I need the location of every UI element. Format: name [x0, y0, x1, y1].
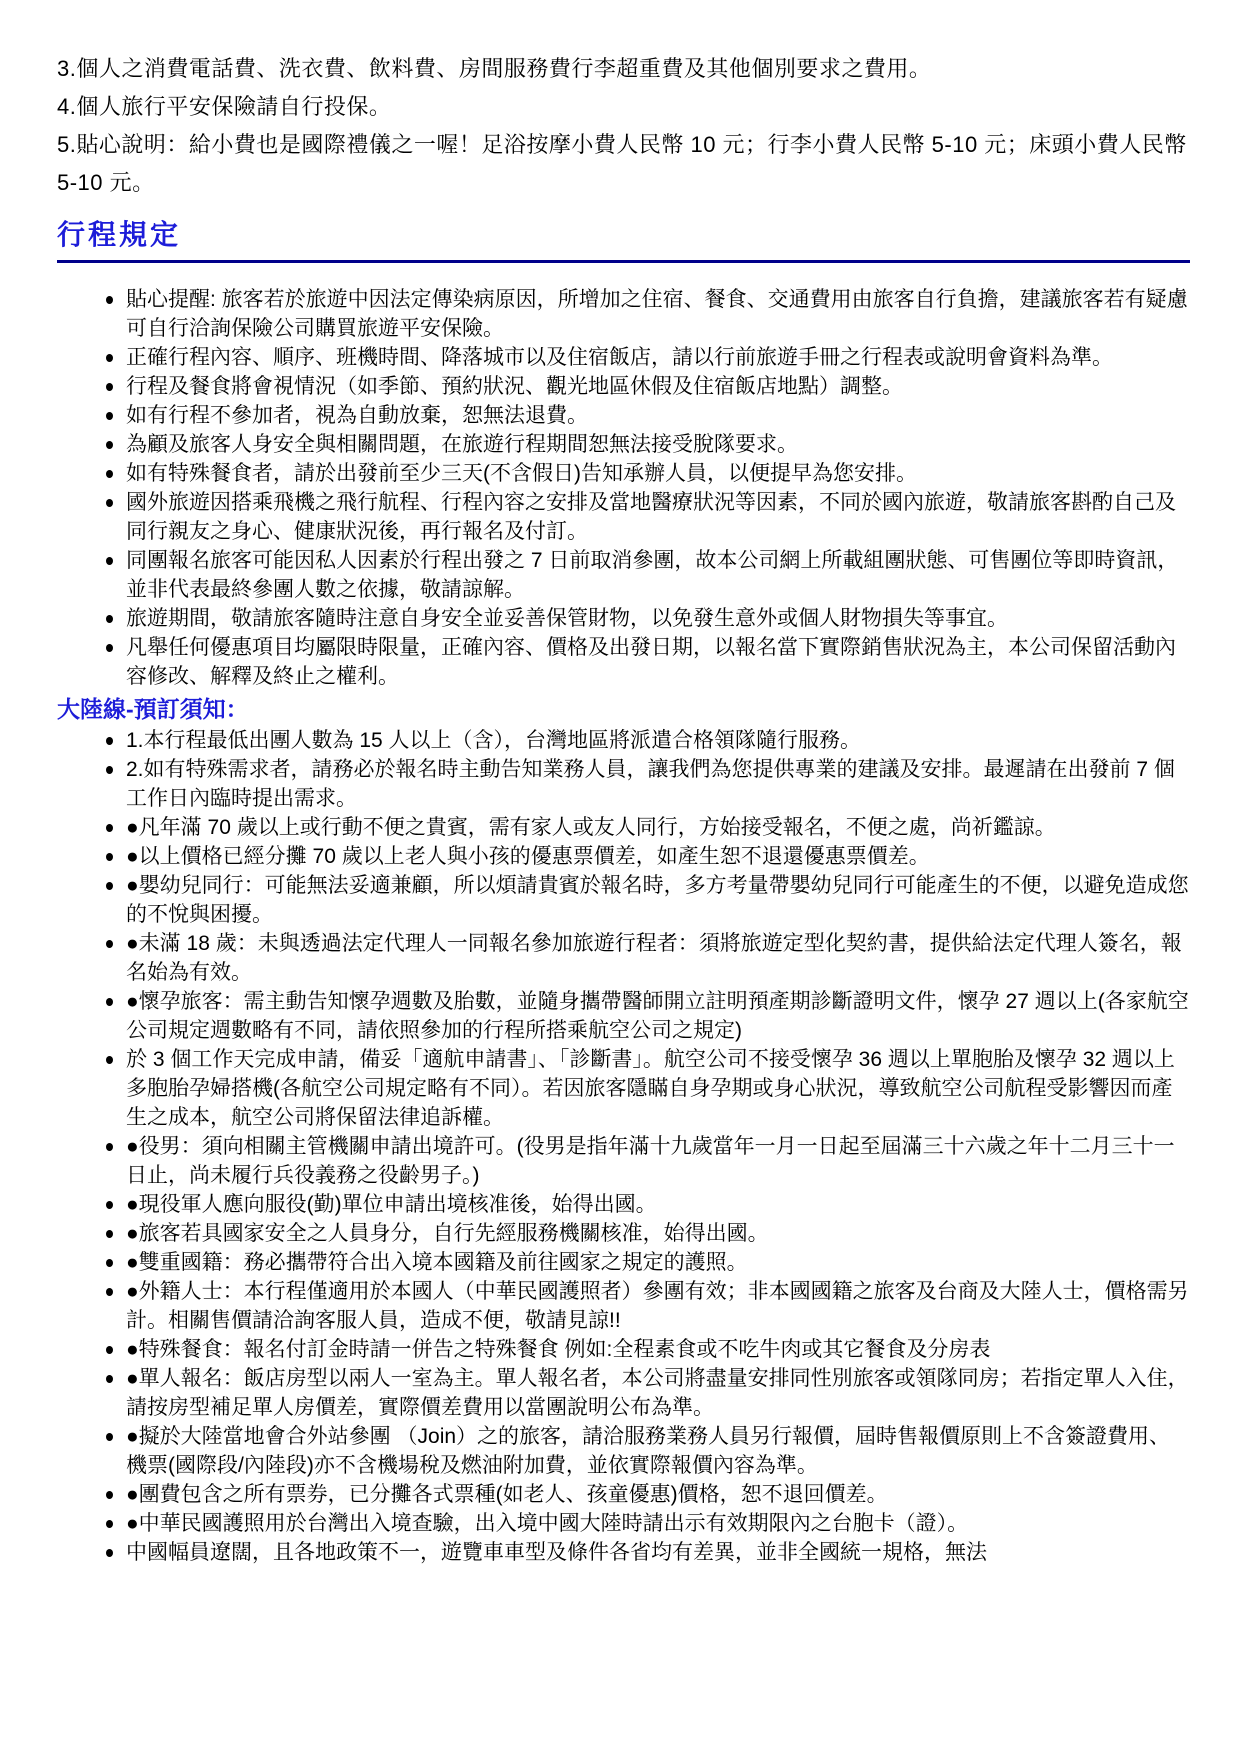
document-page: 3.個人之消費電話費、洗衣費、飲料費、房間服務費行李超重費及其他個別要求之費用。… — [0, 0, 1240, 1755]
list-item: ●單人報名：飯店房型以兩人一室為主。單人報名者，本公司將盡量安排同性別旅客或領隊… — [57, 1364, 1190, 1422]
bullet-icon — [106, 615, 113, 623]
rule-text: 正確行程內容、順序、班機時間、降落城市以及住宿飯店，請以行前旅遊手冊之行程表或說… — [126, 346, 1113, 369]
list-item: ●嬰幼兒同行：可能無法妥適兼顧，所以煩請貴賓於報名時，多方考量帶嬰幼兒同行可能產… — [57, 871, 1190, 929]
bullet-icon — [106, 1549, 113, 1557]
list-item: 旅遊期間，敬請旅客隨時注意自身安全並妥善保管財物，以免發生意外或個人財物損失等事… — [57, 604, 1190, 633]
bullet-icon — [106, 737, 113, 745]
bullet-icon — [106, 882, 113, 890]
bullet-icon — [106, 354, 113, 362]
bullet-icon — [106, 470, 113, 478]
list-item: 如有特殊餐食者，請於出發前至少三天(不含假日)告知承辦人員，以便提早為您安排。 — [57, 459, 1190, 488]
bullet-icon — [106, 1375, 113, 1383]
intro-paragraph: 5.貼心說明：給小費也是國際禮儀之一喔！足浴按摩小費人民幣 10 元；行李小費人… — [57, 126, 1190, 202]
bullet-icon — [106, 853, 113, 861]
notice-text: ●嬰幼兒同行：可能無法妥適兼顧，所以煩請貴賓於報名時，多方考量帶嬰幼兒同行可能產… — [126, 874, 1189, 926]
list-item: 如有行程不參加者，視為自動放棄，恕無法退費。 — [57, 401, 1190, 430]
notice-text: ●特殊餐食：報名付訂金時請一併告之特殊餐食 例如:全程素食或不吃牛肉或其它餐食及… — [126, 1338, 990, 1361]
list-item: 行程及餐食將會視情況（如季節、預約狀況、觀光地區休假及住宿飯店地點）調整。 — [57, 372, 1190, 401]
subsection-title: 大陸線-預訂須知： — [57, 694, 1190, 724]
notice-text: ●役男：須向相關主管機關申請出境許可。(役男是指年滿十九歲當年一月一日起至屆滿三… — [126, 1135, 1175, 1187]
notice-text: ●以上價格已經分攤 70 歲以上老人與小孩的優惠票價差，如產生恕不退還優惠票價差… — [126, 845, 930, 868]
rules-list: 貼心提醒: 旅客若於旅遊中因法定傳染病原因，所增加之住宿、餐食、交通費用由旅客自… — [57, 285, 1190, 691]
list-item: ●特殊餐食：報名付訂金時請一併告之特殊餐食 例如:全程素食或不吃牛肉或其它餐食及… — [57, 1335, 1190, 1364]
list-item: 為顧及旅客人身安全與相關問題，在旅遊行程期間恕無法接受脫隊要求。 — [57, 430, 1190, 459]
notice-text: ●凡年滿 70 歲以上或行動不便之貴賓，需有家人或友人同行，方始接受報名，不便之… — [126, 816, 1056, 839]
notice-text: ●中華民國護照用於台灣出入境查驗，出入境中國大陸時請出示有效期限內之台胞卡（證）… — [126, 1512, 968, 1535]
list-item: 凡舉任何優惠項目均屬限時限量，正確內容、價格及出發日期，以報名當下實際銷售狀況為… — [57, 633, 1190, 691]
list-item: ●未滿 18 歲：未與透過法定代理人一同報名參加旅遊行程者：須將旅遊定型化契約書… — [57, 929, 1190, 987]
bullet-icon — [106, 1288, 113, 1296]
list-item: ●現役軍人應向服役(勤)單位申請出境核准後，始得出國。 — [57, 1190, 1190, 1219]
bullet-icon — [106, 1056, 113, 1064]
notice-text: 於 3 個工作天完成申請，備妥「適航申請書」、「診斷書」。航空公司不接受懷孕 3… — [126, 1048, 1175, 1129]
notice-text: 中國幅員遼闊，且各地政策不一，遊覽車車型及條件各省均有差異，並非全國統一規格，無… — [126, 1541, 987, 1564]
bullet-icon — [106, 1346, 113, 1354]
bullet-icon — [106, 998, 113, 1006]
bullet-icon — [106, 557, 113, 565]
bullet-icon — [106, 1259, 113, 1267]
rule-text: 同團報名旅客可能因私人因素於行程出發之 7 日前取消參團，故本公司網上所載組團狀… — [126, 549, 1178, 601]
list-item: ●懷孕旅客：需主動告知懷孕週數及胎數，並隨身攜帶醫師開立註明預產期診斷證明文件，… — [57, 987, 1190, 1045]
bullet-icon — [106, 441, 113, 449]
list-item: ●役男：須向相關主管機關申請出境許可。(役男是指年滿十九歲當年一月一日起至屆滿三… — [57, 1132, 1190, 1190]
bullet-icon — [106, 383, 113, 391]
bullet-icon — [106, 766, 113, 774]
notice-text: ●現役軍人應向服役(勤)單位申請出境核准後，始得出國。 — [126, 1193, 657, 1216]
list-item: ●以上價格已經分攤 70 歲以上老人與小孩的優惠票價差，如產生恕不退還優惠票價差… — [57, 842, 1190, 871]
rule-text: 凡舉任何優惠項目均屬限時限量，正確內容、價格及出發日期，以報名當下實際銷售狀況為… — [126, 636, 1176, 688]
rule-text: 行程及餐食將會視情況（如季節、預約狀況、觀光地區休假及住宿飯店地點）調整。 — [126, 375, 903, 398]
notice-text: ●雙重國籍：務必攜帶符合出入境本國籍及前往國家之規定的護照。 — [126, 1251, 748, 1274]
notice-text: ●旅客若具國家安全之人員身分，自行先經服務機關核准，始得出國。 — [126, 1222, 769, 1245]
bullet-icon — [106, 1230, 113, 1238]
rule-text: 為顧及旅客人身安全與相關問題，在旅遊行程期間恕無法接受脫隊要求。 — [126, 433, 798, 456]
notice-text: ●擬於大陸當地會合外站參團 （Join）之的旅客，請洽服務業務人員另行報價，屆時… — [126, 1425, 1170, 1477]
notice-text: ●未滿 18 歲：未與透過法定代理人一同報名參加旅遊行程者：須將旅遊定型化契約書… — [126, 932, 1182, 984]
list-item: 於 3 個工作天完成申請，備妥「適航申請書」、「診斷書」。航空公司不接受懷孕 3… — [57, 1045, 1190, 1132]
list-item: 正確行程內容、順序、班機時間、降落城市以及住宿飯店，請以行前旅遊手冊之行程表或說… — [57, 343, 1190, 372]
list-item: ●雙重國籍：務必攜帶符合出入境本國籍及前往國家之規定的護照。 — [57, 1248, 1190, 1277]
bullet-icon — [106, 1433, 113, 1441]
notice-text: ●團費包含之所有票券，已分攤各式票種(如老人、孩童優惠)價格，恕不退回價差。 — [126, 1483, 888, 1506]
bullet-icon — [106, 824, 113, 832]
bullet-icon — [106, 1201, 113, 1209]
notice-text: ●單人報名：飯店房型以兩人一室為主。單人報名者，本公司將盡量安排同性別旅客或領隊… — [126, 1367, 1189, 1419]
intro-paragraph: 3.個人之消費電話費、洗衣費、飲料費、房間服務費行李超重費及其他個別要求之費用。 — [57, 50, 1190, 88]
notice-text: ●懷孕旅客：需主動告知懷孕週數及胎數，並隨身攜帶醫師開立註明預產期診斷證明文件，… — [126, 990, 1189, 1042]
rule-text: 貼心提醒: 旅客若於旅遊中因法定傳染病原因，所增加之住宿、餐食、交通費用由旅客自… — [126, 288, 1188, 340]
bullet-icon — [106, 499, 113, 507]
bullet-icon — [106, 1520, 113, 1528]
notice-text: 1.本行程最低出團人數為 15 人以上（含），台灣地區將派遣合格領隊隨行服務。 — [126, 729, 861, 752]
list-item: 國外旅遊因搭乘飛機之飛行航程、行程內容之安排及當地醫療狀況等因素，不同於國內旅遊… — [57, 488, 1190, 546]
rule-text: 如有行程不參加者，視為自動放棄，恕無法退費。 — [126, 404, 588, 427]
bullet-icon — [106, 412, 113, 420]
rule-text: 如有特殊餐食者，請於出發前至少三天(不含假日)告知承辦人員，以便提早為您安排。 — [126, 462, 917, 485]
list-item: 同團報名旅客可能因私人因素於行程出發之 7 日前取消參團，故本公司網上所載組團狀… — [57, 546, 1190, 604]
list-item: ●旅客若具國家安全之人員身分，自行先經服務機關核准，始得出國。 — [57, 1219, 1190, 1248]
notices-list: 1.本行程最低出團人數為 15 人以上（含），台灣地區將派遣合格領隊隨行服務。 … — [57, 726, 1190, 1567]
rule-text: 國外旅遊因搭乘飛機之飛行航程、行程內容之安排及當地醫療狀況等因素，不同於國內旅遊… — [126, 491, 1176, 543]
section-title: 行程規定 — [57, 218, 1190, 263]
intro-paragraph: 4.個人旅行平安保險請自行投保。 — [57, 88, 1190, 126]
list-item: ●擬於大陸當地會合外站參團 （Join）之的旅客，請洽服務業務人員另行報價，屆時… — [57, 1422, 1190, 1480]
list-item: ●凡年滿 70 歲以上或行動不便之貴賓，需有家人或友人同行，方始接受報名，不便之… — [57, 813, 1190, 842]
notice-text: 2.如有特殊需求者，請務必於報名時主動告知業務人員，讓我們為您提供專業的建議及安… — [126, 758, 1175, 810]
intro-block: 3.個人之消費電話費、洗衣費、飲料費、房間服務費行李超重費及其他個別要求之費用。… — [57, 50, 1190, 202]
bullet-icon — [106, 1491, 113, 1499]
bullet-icon — [106, 1143, 113, 1151]
list-item: ●中華民國護照用於台灣出入境查驗，出入境中國大陸時請出示有效期限內之台胞卡（證）… — [57, 1509, 1190, 1538]
list-item: 1.本行程最低出團人數為 15 人以上（含），台灣地區將派遣合格領隊隨行服務。 — [57, 726, 1190, 755]
rule-text: 旅遊期間，敬請旅客隨時注意自身安全並妥善保管財物，以免發生意外或個人財物損失等事… — [126, 607, 1008, 630]
bullet-icon — [106, 644, 113, 652]
list-item: ●外籍人士：本行程僅適用於本國人（中華民國護照者）參團有效；非本國國籍之旅客及台… — [57, 1277, 1190, 1335]
list-item: ●團費包含之所有票券，已分攤各式票種(如老人、孩童優惠)價格，恕不退回價差。 — [57, 1480, 1190, 1509]
list-item: 2.如有特殊需求者，請務必於報名時主動告知業務人員，讓我們為您提供專業的建議及安… — [57, 755, 1190, 813]
list-item: 貼心提醒: 旅客若於旅遊中因法定傳染病原因，所增加之住宿、餐食、交通費用由旅客自… — [57, 285, 1190, 343]
notice-text: ●外籍人士：本行程僅適用於本國人（中華民國護照者）參團有效；非本國國籍之旅客及台… — [126, 1280, 1189, 1332]
bullet-icon — [106, 296, 113, 304]
bullet-icon — [106, 940, 113, 948]
list-item: 中國幅員遼闊，且各地政策不一，遊覽車車型及條件各省均有差異，並非全國統一規格，無… — [57, 1538, 1190, 1567]
